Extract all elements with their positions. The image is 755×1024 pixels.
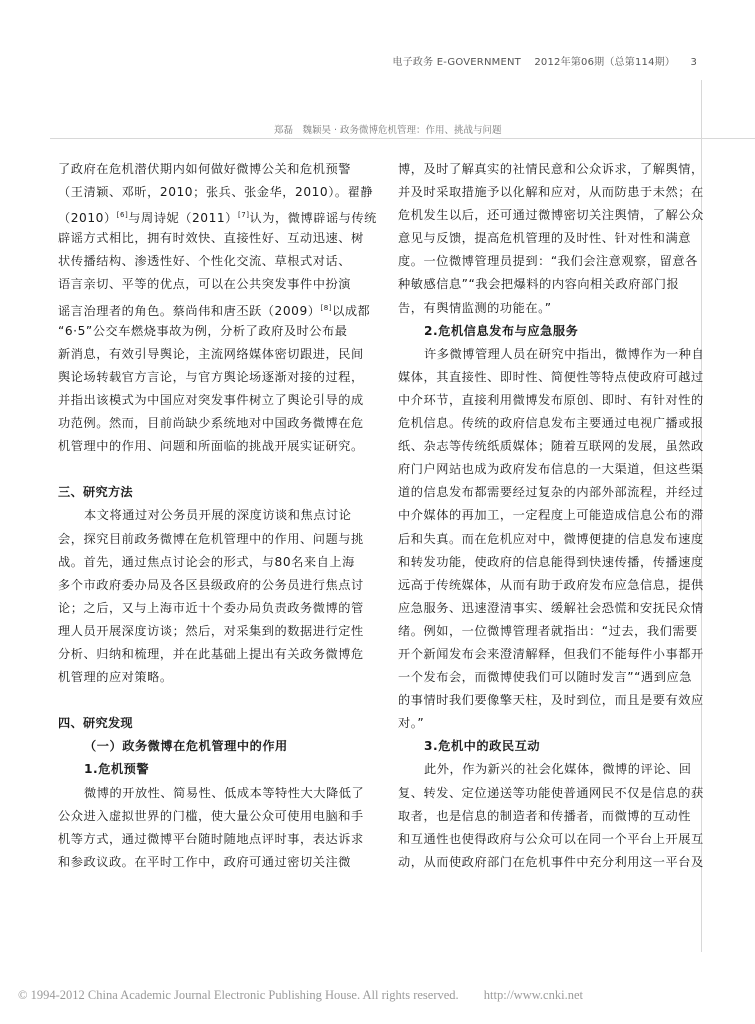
- citation-ref: [7]: [238, 211, 250, 219]
- text-span: 以成都: [332, 304, 370, 318]
- text-line: 道的信息发布都需要经过复杂的内部外部流程，并经过: [398, 481, 720, 504]
- text-line: 并及时采取措施予以化解和应对，从而防患于未然；在: [398, 181, 720, 204]
- text-line: 媒体，其直接性、即时性、简便性等特点使政府可越过: [398, 366, 720, 389]
- subsubsection-heading: 1.危机预警: [58, 758, 380, 781]
- text-line: 告，有舆情监测的功能在。”: [398, 297, 720, 320]
- text-line: 谣言治理者的角色。蔡尚伟和唐丕跃（2009）[8]以成都: [58, 297, 380, 320]
- text-line: 和参政议政。在平时工作中，政府可通过密切关注微: [58, 851, 380, 874]
- citation-ref: [8]: [321, 304, 333, 312]
- text-line: 理人员开展深度访谈；然后，对采集到的数据进行定性: [58, 620, 380, 643]
- text-line: 舆论场转载官方言论，与官方舆论场逐渐对接的过程，: [58, 366, 380, 389]
- article-running-title: 郑磊 魏颖昊 · 政务微博危机管理：作用、挑战与问题: [274, 122, 502, 136]
- page-number: 3: [690, 57, 697, 68]
- subsection-heading: （一）政务微博在危机管理中的作用: [58, 735, 380, 758]
- text-line: 中介媒体的再加工，一定程度上可能造成信息公布的滞: [398, 504, 720, 527]
- text-line: 会，探究目前政务微博在危机管理中的作用、问题与挑: [58, 528, 380, 551]
- text-line: 公众进入虚拟世界的门槛，使大量公众可使用电脑和手: [58, 805, 380, 828]
- text-span: 认为，微博辟谣与传统: [250, 211, 377, 225]
- text-line: 论；之后，又与上海市近十个委办局负责政务微博的管: [58, 597, 380, 620]
- text-line: 了政府在危机潜伏期内如何做好微博公关和危机预警: [58, 158, 380, 181]
- text-line: 机等方式，通过微博平台随时随地点评时事，表达诉求: [58, 828, 380, 851]
- text-line: 并指出该模式为中国应对突发事件树立了舆论引导的成: [58, 389, 380, 412]
- paragraph-first-line: 许多微博管理人员在研究中指出，微博作为一种自: [398, 343, 720, 366]
- text-line: 度。一位微博管理员提到：“我们会注意观察，留意各: [398, 250, 720, 273]
- paragraph-first-line: 此外，作为新兴的社会化媒体，微博的评论、回: [398, 758, 720, 781]
- text-line: 取者，也是信息的制造者和传播者，而微博的互动性: [398, 805, 720, 828]
- text-line: 危机信息。传统的政府信息发布主要通过电视广播或报: [398, 412, 720, 435]
- text-line: 新消息，有效引导舆论，主流网络媒体密切跟进，民间: [58, 343, 380, 366]
- text-line: 复、转发、定位递送等功能使普通网民不仅是信息的获: [398, 782, 720, 805]
- text-line: 语言亲切、平等的优点，可以在公共突发事件中扮演: [58, 273, 380, 296]
- text-line: 状传播结构、渗透性好、个性化交流、草根式对话、: [58, 250, 380, 273]
- left-column: 了政府在危机潜伏期内如何做好微博公关和危机预警（王清颖、邓昕，2010；张兵、张…: [58, 158, 380, 874]
- section-heading: 三、研究方法: [58, 481, 380, 504]
- running-head: 电子政务 E-GOVERNMENT 2012年第06期（总第114期） 3: [393, 53, 697, 68]
- text-line: 府门户网站也成为政府发布信息的一大渠道，但这些渠: [398, 458, 720, 481]
- section-heading: 四、研究发现: [58, 712, 380, 735]
- copyright-text: © 1994-2012 China Academic Journal Elect…: [18, 988, 459, 1002]
- right-column: 博，及时了解真实的社情民意和公众诉求，了解舆情，并及时采取措施予以化解和应对，从…: [398, 158, 720, 874]
- text-line: 的事情时我们要像擎天柱，及时到位，而且是要有效应: [398, 689, 720, 712]
- header-divider: [50, 138, 755, 139]
- text-line: 绪。例如，一位微博管理者就指出：“过去，我们需要: [398, 620, 720, 643]
- text-line: 机管理的应对策略。: [58, 666, 380, 689]
- text-line: 开个新闻发布会来澄清解释，但我们不能每件小事都开: [398, 643, 720, 666]
- text-line: 和转发功能，使政府的信息能得到快速传播，传播速度: [398, 551, 720, 574]
- text-line: 动，从而使政府部门在危机事件中充分利用这一平台及: [398, 851, 720, 874]
- text-line: 后和失真。而在危机应对中，微博便捷的信息发布速度: [398, 528, 720, 551]
- text-line: 应急服务、迅速澄清事实、缓解社会恐慌和安抚民众情: [398, 597, 720, 620]
- text-line: （王清颖、邓昕，2010；张兵、张金华，2010）。翟静: [58, 181, 380, 204]
- text-span: 与周诗妮（2011）: [128, 211, 238, 225]
- text-line: 战。首先，通过焦点讨论会的形式，与80名来自上海: [58, 551, 380, 574]
- text-line: 种敏感信息”“我会把爆料的内容向相关政府部门报: [398, 273, 720, 296]
- cnki-url: http://www.cnki.net: [484, 988, 583, 1002]
- text-line: 功范例。然而，目前尚缺少系统地对中国政务微博在危: [58, 412, 380, 435]
- text-line: 纸、杂志等传统纸质媒体；随着互联网的发展，虽然政: [398, 435, 720, 458]
- text-line: 多个市政府委办局及各区县级政府的公务员进行焦点讨: [58, 574, 380, 597]
- text-line: 中介环节，直接利用微博发布原创、即时、有针对性的: [398, 389, 720, 412]
- issue-info: 2012年第06期（总第114期）: [534, 57, 675, 68]
- text-line: 危机发生以后，还可通过微博密切关注舆情，了解公众: [398, 204, 720, 227]
- text-span: （2010）: [58, 211, 117, 225]
- text-line: 一个发布会，而微博使我们可以随时发言”“遇到应急: [398, 666, 720, 689]
- spacer: [58, 458, 380, 481]
- text-line: 对。”: [398, 712, 720, 735]
- text-line: （2010）[6]与周诗妮（2011）[7]认为，微博辟谣与传统: [58, 204, 380, 227]
- text-line: 和互通性也使得政府与公众可以在同一个平台上开展互: [398, 828, 720, 851]
- text-line: 辟谣方式相比，拥有时效快、直接性好、互动迅速、树: [58, 227, 380, 250]
- paragraph-first-line: 本文将通过对公务员开展的深度访谈和焦点讨论: [58, 504, 380, 527]
- text-line: 分析、归纳和梳理，并在此基础上提出有关政务微博危: [58, 643, 380, 666]
- spacer: [58, 689, 380, 712]
- text-line: “6·5”公交车燃烧事故为例，分析了政府及时公布最: [58, 320, 380, 343]
- copyright-footer: © 1994-2012 China Academic Journal Elect…: [18, 988, 583, 1003]
- citation-ref: [6]: [117, 211, 129, 219]
- text-line: 意见与反馈，提高危机管理的及时性、针对性和满意: [398, 227, 720, 250]
- text-line: 博，及时了解真实的社情民意和公众诉求，了解舆情，: [398, 158, 720, 181]
- text-span: 谣言治理者的角色。蔡尚伟和唐丕跃（2009）: [58, 304, 321, 318]
- paragraph-first-line: 微博的开放性、简易性、低成本等特性大大降低了: [58, 782, 380, 805]
- journal-name: 电子政务 E-GOVERNMENT: [393, 57, 521, 68]
- subsubsection-heading: 2.危机信息发布与应急服务: [398, 320, 720, 343]
- text-line: 远高于传统媒体，从而有助于政府发布应急信息，提供: [398, 574, 720, 597]
- text-line: 机管理中的作用、问题和所面临的挑战开展实证研究。: [58, 435, 380, 458]
- subsubsection-heading: 3.危机中的政民互动: [398, 735, 720, 758]
